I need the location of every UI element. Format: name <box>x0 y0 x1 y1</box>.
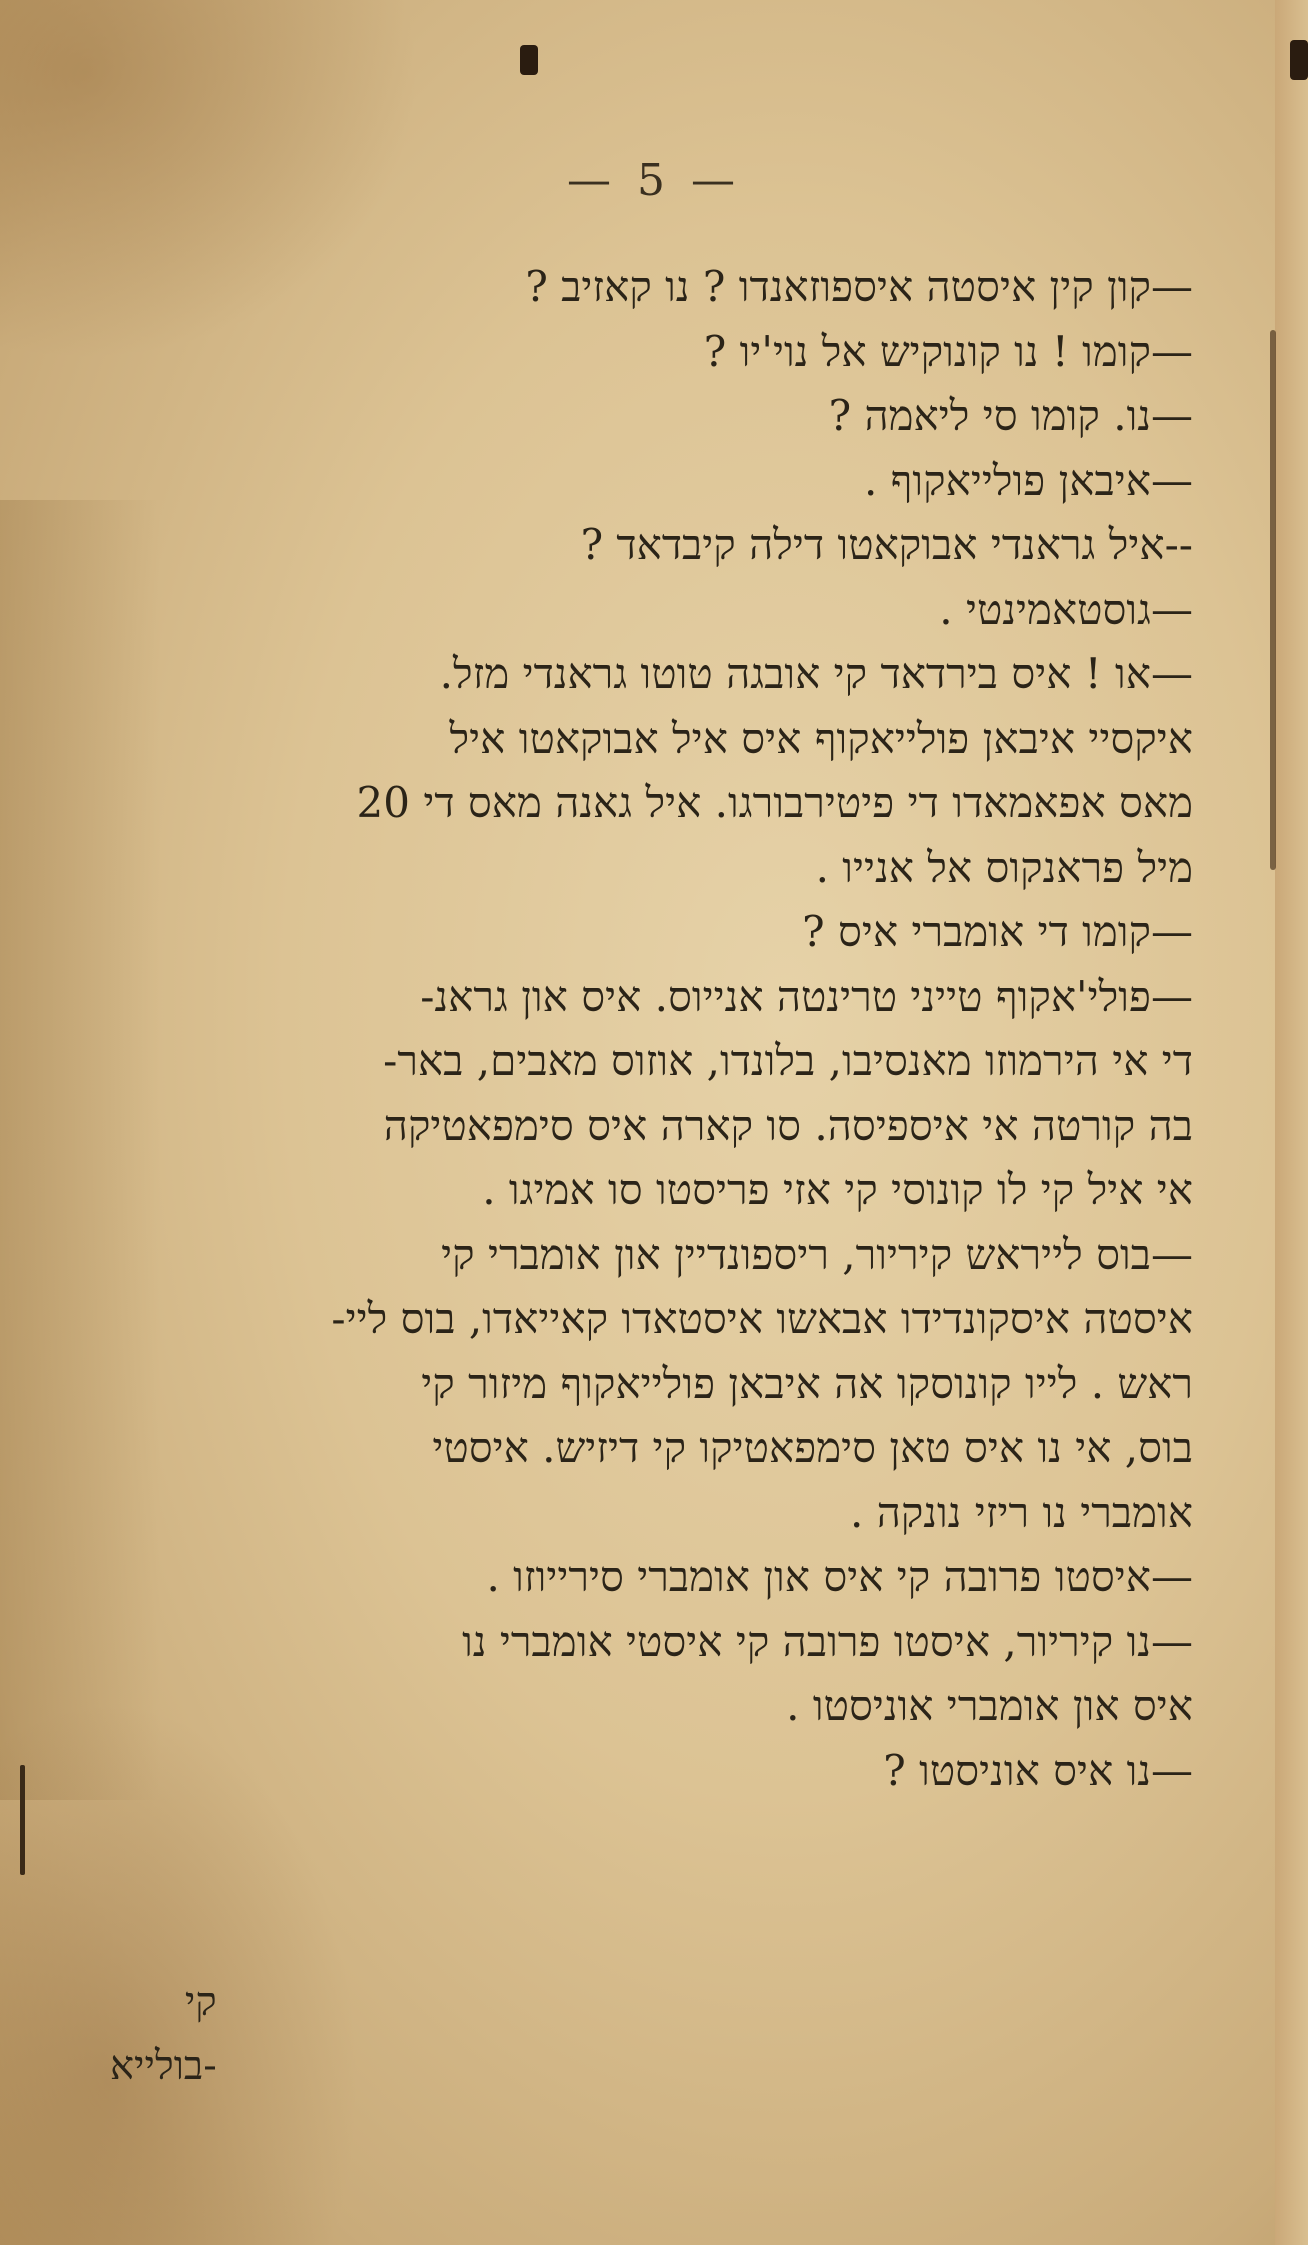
paper-hole <box>520 45 538 75</box>
text-line: בוס, אי נו איס טאן סימפאטיקו קי דיזיש. א… <box>153 1416 1193 1481</box>
text-line: מאס אפאמאדו די פיטירבורגו. איל גאנה מאס … <box>153 771 1193 836</box>
body-text: —קון קין איסטה איספוזאנדו ? נו קאזיב ? —… <box>153 255 1193 1803</box>
text-line: מיל פראנקוס אל אנייו . <box>153 836 1193 901</box>
page-number: — 5 — <box>0 155 1308 206</box>
text-line: —קומו ! נו קונוקיש אל נוי'יו ? <box>153 320 1193 385</box>
text-line: —איסטו פרובה קי איס און אומברי סירייוזו … <box>153 1545 1193 1610</box>
text-line: —או ! איס בירדאד קי אובגה טוטו גראנדי מז… <box>153 642 1193 707</box>
text-line: —נו איס אוניסטו ? <box>153 1739 1193 1804</box>
text-line: —נו קיריור, איסטו פרובה קי איסטי אומברי … <box>153 1610 1193 1675</box>
text-line: --איל גראנדי אבוקאטו דילה קיבדאד ? <box>153 513 1193 578</box>
text-line: —בוס לייראש קיריור, ריספונדיין און אומבר… <box>153 1223 1193 1288</box>
ink-mark <box>20 1765 25 1875</box>
scanned-page: — 5 — —קון קין איסטה איספוזאנדו ? נו קאז… <box>0 0 1308 2245</box>
text-line: אי איל קי לו קונוסי קי אזי פריסטו סו אמי… <box>153 1158 1193 1223</box>
text-line: —קון קין איסטה איספוזאנדו ? נו קאזיב ? <box>153 255 1193 320</box>
text-line: די אי הירמוזו מאנסיבו, בלונדו, אוזוס מאב… <box>153 1029 1193 1094</box>
paper-stain <box>0 500 160 1800</box>
margin-catchwords: קי -בולייא <box>110 1970 217 2098</box>
catchword: -בולייא <box>110 2034 217 2098</box>
text-line: —איבאן פולייאקוף . <box>153 449 1193 514</box>
text-line: —פולי'אקוף טייני טרינטה אנייוס. איס און … <box>153 965 1193 1030</box>
text-line: איסטה איסקונדידו אבאשו איסטאדו קאייאדו, … <box>153 1287 1193 1352</box>
text-line: איס און אומברי אוניסטו . <box>153 1674 1193 1739</box>
text-line: אומברי נו ריזי נונקה . <box>153 1481 1193 1546</box>
text-line: ראש . לייו קונוסקו אה איבאן פולייאקוף מי… <box>153 1352 1193 1417</box>
torn-edge <box>1270 330 1276 870</box>
catchword: קי <box>110 1970 217 2034</box>
text-line: איקסיי איבאן פולייאקוף איס איל אבוקאטו א… <box>153 707 1193 772</box>
paper-hole <box>1290 40 1308 80</box>
text-line: בה קורטה אי איספיסה. סו קארה איס סימפאטי… <box>153 1094 1193 1159</box>
page-edge <box>1275 0 1308 2245</box>
text-line: —גוסטאמינטי . <box>153 578 1193 643</box>
text-line: —קומו די אומברי איס ? <box>153 900 1193 965</box>
text-line: —נו. קומו סי ליאמה ? <box>153 384 1193 449</box>
